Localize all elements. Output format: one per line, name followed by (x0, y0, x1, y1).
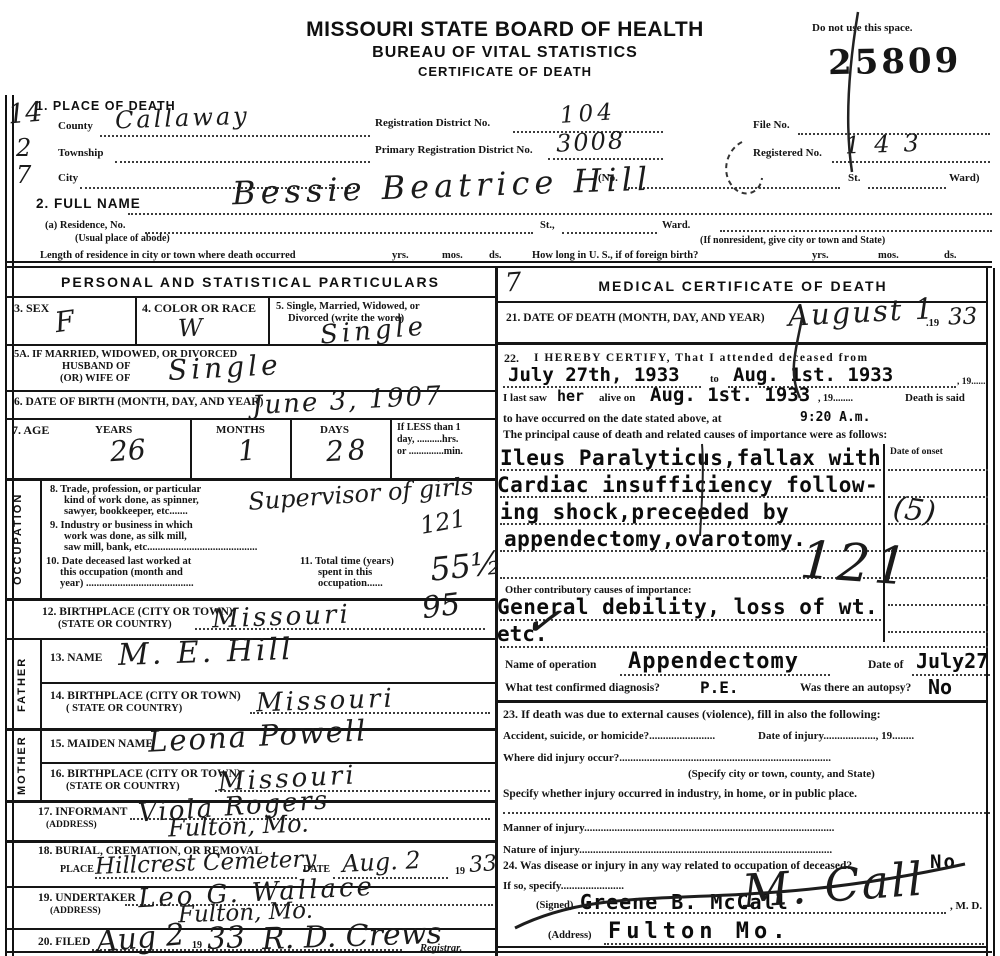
county-line (100, 135, 370, 137)
annotation-55: 55½ (429, 546, 504, 585)
annotation-121-right: 121 (798, 534, 913, 594)
age-less-line3: or ..............min. (397, 446, 463, 457)
father-cell-divider (40, 640, 42, 728)
occupation-cell-divider (40, 481, 42, 598)
margin-mark-7: 7 (16, 163, 31, 187)
contributory-baseline-2 (500, 646, 988, 648)
sex-label: 3. SEX (14, 302, 49, 315)
burial-date-value: Aug. 2 (341, 848, 421, 876)
foreign-mos-label: mos. (878, 250, 899, 262)
industry-label-line2: work was done, as silk mill, (64, 531, 187, 543)
date-of-death-year-value: 33 (948, 305, 978, 329)
personal-section-heading: PERSONAL AND STATISTICAL PARTICULARS (6, 274, 495, 290)
burial-year-value: 33 (468, 853, 497, 877)
informant-address-label: (ADDRESS) (46, 820, 97, 831)
burial-place-label: PLACE (60, 864, 94, 875)
operation-date-label: Date of (868, 659, 903, 672)
onset-line-7 (888, 631, 988, 633)
injury-date-label: Date of injury..................., 19...… (758, 730, 914, 742)
registration-district-label: Registration District No. (375, 117, 490, 129)
mother-side-label: MOTHER (16, 732, 28, 798)
abode-note: (Usual place of abode) (75, 233, 170, 244)
spouse-label-line3: (OR) WIFE OF (60, 373, 130, 385)
length-ds-label: ds. (489, 250, 502, 262)
age-divider-1 (190, 418, 192, 478)
test-label: What test confirmed diagnosis? (505, 682, 660, 695)
date-of-death-year-prefix: .19 (926, 318, 939, 330)
trade-label-line1: 8. Trade, profession, or particular (50, 484, 201, 496)
line-under-father-name (40, 682, 495, 684)
race-value: W (178, 316, 203, 341)
autopsy-label: Was there an autopsy? (800, 682, 911, 695)
birthplace-value: Missouri (212, 602, 352, 633)
occurred-time-value: 9:20 A.m. (800, 411, 870, 424)
full-name-line (128, 213, 992, 215)
dob-label: 6. DATE OF BIRTH (MONTH, DAY, AND YEAR) (14, 396, 263, 409)
file-no-label: File No. (753, 119, 790, 131)
attended-year-suffix: , 19...... (957, 377, 986, 388)
full-name-value: Bessie Beatrice Hill (232, 163, 653, 210)
informant-label: 17. INFORMANT (38, 806, 127, 819)
filed-label: 20. FILED (38, 936, 90, 949)
mother-birthplace-label-line1: 16. BIRTHPLACE (CITY OR TOWN) (50, 768, 241, 781)
operation-label: Name of operation (505, 659, 596, 672)
registration-district-value: 104 (559, 101, 616, 128)
where-injury-label: Where did injury occur?.................… (503, 752, 831, 764)
line-under-date-of-death (497, 342, 987, 345)
accident-label: Accident, suicide, or homicide?.........… (503, 730, 715, 742)
total-time-label-line1: 11. Total time (years) (300, 556, 394, 568)
cause-baseline-3 (500, 523, 881, 525)
residence-label: (a) Residence, No. (45, 220, 125, 232)
age-days-value: 28 (325, 436, 370, 466)
bottom-rule-2 (6, 951, 992, 953)
onset-line-6 (888, 604, 988, 606)
form-title: MISSOURI STATE BOARD OF HEALTH (285, 18, 725, 42)
residence-ward-label: Ward. (662, 220, 690, 232)
certificate-type: CERTIFICATE OF DEATH (285, 64, 725, 79)
father-side-label: FATHER (16, 642, 28, 726)
address-line (604, 943, 984, 945)
occurred-label: to have occurred on the date stated abov… (503, 413, 722, 426)
specify-city-note: (Specify city or town, county, and State… (688, 768, 875, 780)
father-name-value: M. E. Hill (118, 635, 295, 671)
pen-checkmark: ✓ (521, 598, 564, 647)
alive-on-label: alive on (599, 392, 635, 404)
industry-label-line3: saw mill, bank, etc.....................… (64, 542, 257, 554)
spouse-value: Single (167, 351, 282, 385)
dob-value: June 3, 1907 (251, 383, 443, 419)
mother-maiden-value: Leona Powell (147, 716, 368, 756)
age-less-line1: If LESS than 1 (397, 422, 461, 433)
physician-address-value: Fulton Mo. (608, 921, 790, 943)
line-under-occupation (6, 598, 495, 601)
marital-label-line1: 5. Single, Married, Widowed, or (276, 301, 420, 313)
cause-baseline-1 (500, 469, 881, 471)
certify-text: I HEREBY CERTIFY, That I attended deceas… (534, 352, 869, 365)
county-value: Callaway (115, 104, 251, 133)
md-suffix: , M. D. (950, 900, 982, 912)
last-saw-pronoun: her (557, 389, 584, 404)
township-line (115, 161, 370, 163)
death-said-label: Death is said (905, 392, 965, 404)
residence-st-line (562, 232, 657, 234)
last-saw-label: I last saw (503, 392, 547, 404)
attended-to-value: Aug. 1st. 1933 (733, 366, 893, 385)
nonresident-note: (If nonresident, give city or town and S… (700, 235, 885, 246)
full-name-label: 2. FULL NAME (36, 196, 141, 211)
external-causes-label: 23. If death was due to external causes … (503, 708, 881, 721)
registrar-signature: R. D. Crews (262, 919, 443, 955)
county-label: County (58, 120, 93, 132)
age-divider-3 (390, 418, 392, 478)
mother-maiden-label: 15. MAIDEN NAME (50, 738, 153, 751)
registered-no-value: 143 (845, 130, 934, 157)
occupation-side-label: OCCUPATION (12, 486, 24, 592)
birthplace-label-line2: (STATE OR COUNTRY) (58, 619, 172, 631)
sex-race-divider (135, 296, 137, 344)
mother-birthplace-label-line2: (STATE OR COUNTRY) (66, 781, 180, 793)
age-divider-2 (290, 418, 292, 478)
operation-line (620, 674, 830, 676)
city-st-line (868, 187, 946, 189)
bureau-subtitle: BUREAU OF VITAL STATISTICS (285, 44, 725, 62)
age-less-line2: day, ..........hrs. (397, 434, 458, 445)
cause-line-1: Ileus Paralyticus,fallax with (500, 448, 881, 469)
foreign-birth-label: How long in U. S., if of foreign birth? (532, 250, 698, 262)
father-name-label: 13. NAME (50, 652, 102, 665)
foreign-yrs-label: yrs. (812, 250, 829, 262)
burial-place-value: Hillcrest Cemetery (95, 848, 317, 879)
bottom-rule-1 (497, 946, 987, 948)
city-no-line (628, 187, 840, 189)
mother-cell-divider (40, 731, 42, 800)
city-label: City (58, 172, 78, 184)
annotation-121-left: 121 (418, 506, 467, 538)
last-worked-label-line1: 10. Date deceased last worked at (46, 556, 191, 568)
line-under-dob (6, 418, 495, 420)
primary-district-value: 3008 (555, 128, 625, 156)
onset-column-header: Date of onset (890, 447, 943, 458)
total-time-label-line2: spent in this (318, 567, 372, 579)
line-under-operation (497, 700, 987, 703)
page-right-border (986, 268, 995, 956)
industry-label-line1: 9. Industry or business in which (50, 520, 193, 532)
manner-of-injury-label: Manner of injury........................… (503, 822, 834, 834)
date-of-death-label: 21. DATE OF DEATH (MONTH, DAY, AND YEAR) (506, 312, 765, 325)
cause-line-3: ing shock,preceeded by (500, 502, 789, 523)
registered-no-label: Registered No. (753, 147, 822, 159)
last-saw-date: Aug. 1st. 1933 (650, 386, 810, 405)
trade-label-line2: kind of work done, as spinner, (64, 495, 199, 507)
line-under-row3 (6, 344, 495, 346)
line-under-maiden-name (40, 762, 495, 764)
age-label: 7. AGE (12, 424, 49, 437)
line-under-informant (6, 840, 495, 843)
autopsy-value: No (928, 677, 952, 697)
age-months-value: 1 (237, 436, 257, 465)
city-ward-label: Ward) (949, 172, 980, 184)
length-mos-label: mos. (442, 250, 463, 262)
residence-st-label: St., (540, 220, 555, 232)
residence-line (145, 232, 533, 234)
spouse-label-line2: HUSBAND OF (62, 361, 131, 373)
undertaker-address-label: (ADDRESS) (50, 906, 101, 917)
nature-of-injury-label: Nature of injury........................… (503, 844, 832, 856)
primary-district-label: Primary Registration District No. (375, 144, 533, 156)
signed-label: (Signed) (536, 900, 573, 912)
trade-label-line3: sawyer, bookkeeper, etc....... (64, 506, 188, 518)
attended-from-value: July 27th, 1933 (508, 366, 680, 385)
nonresident-line (720, 230, 992, 232)
foreign-ds-label: ds. (944, 250, 957, 262)
city-st-label: St. (848, 172, 861, 184)
burial-year-prefix: 19 (455, 866, 465, 877)
age-years-value: 26 (109, 436, 147, 466)
margin-mark-14: 14 (7, 99, 44, 129)
operation-value: Appendectomy (628, 651, 799, 673)
principal-cause-label: The principal cause of death and related… (503, 429, 887, 442)
township-label: Township (58, 147, 103, 159)
undertaker-label: 19. UNDERTAKER (38, 892, 136, 905)
total-time-label-line3: occupation...... (318, 578, 383, 590)
annotation-95: 95 (420, 590, 462, 624)
sex-value: F (53, 307, 76, 337)
filed-year-prefix: 19 (192, 940, 202, 951)
last-worked-label-line2: this occupation (month and (60, 567, 183, 579)
father-birthplace-label-line1: 14. BIRTHPLACE (CITY OR TOWN) (50, 690, 241, 703)
line-under-personal-heading (6, 296, 495, 298)
length-yrs-label: yrs. (392, 250, 409, 262)
registered-no-line (832, 161, 990, 163)
certificate-number-stamp: 25809 (828, 41, 962, 83)
cause-line-4: appendectomy,ovarotomy. (504, 529, 806, 550)
do-not-use-note: Do not use this space. (812, 22, 913, 34)
annotation-5: (5) (891, 493, 937, 529)
specify-place-note: Specify whether injury occurred in indus… (503, 788, 857, 801)
race-marital-divider (268, 296, 270, 344)
date-of-death-value: August 1 (787, 294, 935, 331)
birthplace-label-line1: 12. BIRTHPLACE (CITY OR TOWN) (42, 606, 233, 619)
last-worked-label-line3: year) ..................................… (60, 578, 194, 590)
informant-address-value: Fulton, Mo. (168, 812, 310, 841)
father-birthplace-value: Missouri (256, 686, 396, 717)
occupation-related-value: No (930, 853, 957, 872)
injury-blank-line (503, 812, 990, 814)
operation-date-value: July27 (916, 651, 988, 671)
last-saw-year-suffix: , 19........ (818, 393, 853, 404)
double-rule-top (6, 261, 992, 263)
cause-line-2: Cardiac insufficiency follow- (497, 475, 878, 496)
margin-mark-2: 2 (16, 136, 31, 160)
length-of-residence-label: Length of residence in city or town wher… (40, 250, 296, 262)
address-label: (Address) (548, 930, 592, 942)
onset-line-1 (888, 469, 988, 471)
physician-signature-script: M. Call (741, 856, 926, 915)
test-value: P.E. (700, 680, 739, 696)
double-rule-bottom (6, 266, 992, 268)
father-birthplace-label-line2: ( STATE OR COUNTRY) (66, 703, 182, 715)
death-certificate-scan: { "header": { "title_line1": "MISSOURI S… (0, 0, 1000, 956)
cause-baseline-2 (500, 496, 881, 498)
